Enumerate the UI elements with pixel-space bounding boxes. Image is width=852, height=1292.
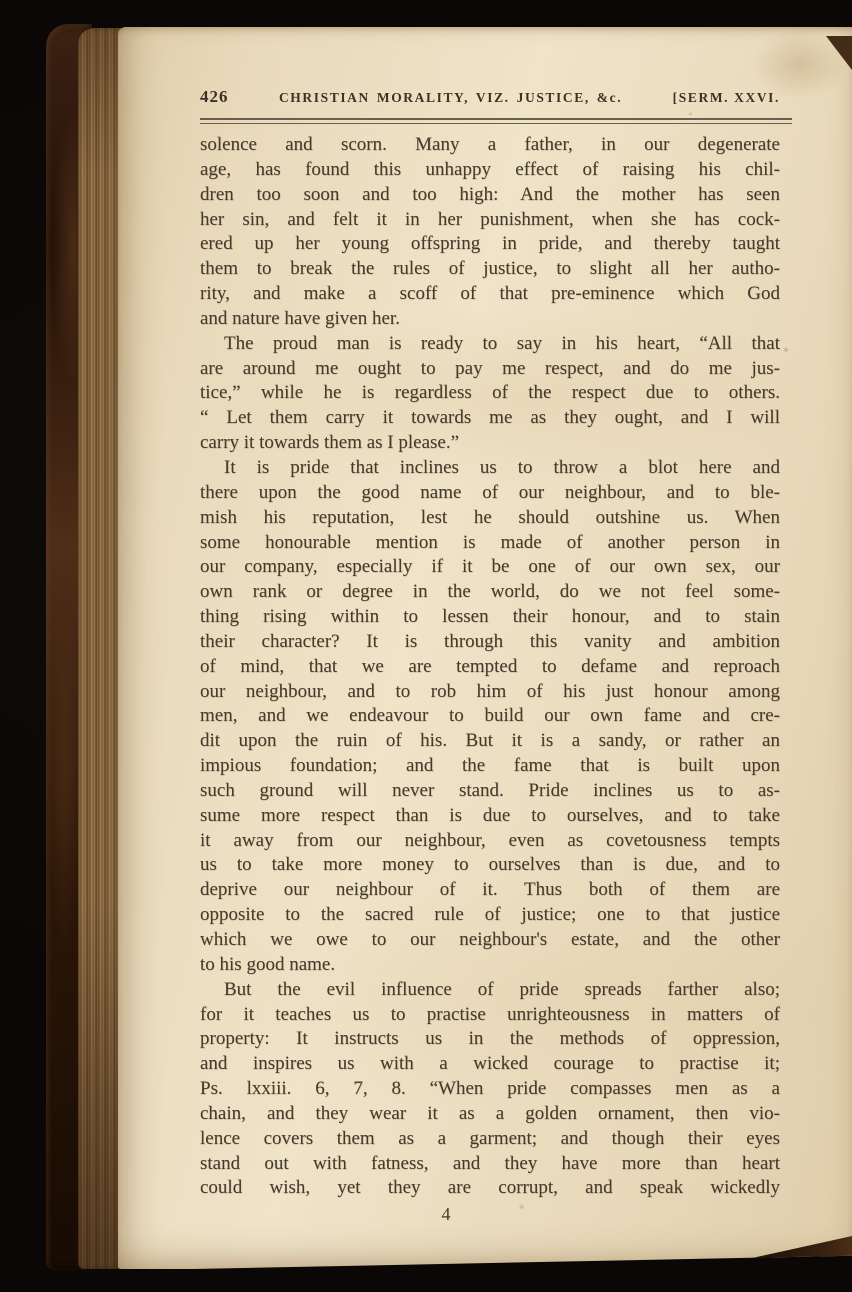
text-line: rity, and make a scoff of that pre-emine… [200,282,780,307]
text-line: mish his reputation, lest he should outs… [200,506,780,531]
text-line: it away from our neighbour, even as cove… [200,829,780,854]
text-line: carry it towards them as I please.” [200,431,780,456]
text-line: lence covers them as a garment; and thou… [200,1127,780,1152]
text-line: stand out with fatness, and they have mo… [200,1152,780,1177]
page-number: 426 [200,87,229,107]
text-line: tice,” while he is regardless of the res… [200,381,780,406]
text-line: impious foundation; and the fame that is… [200,754,780,779]
text-line: dren too soon and too high: And the moth… [200,183,780,208]
paragraph: It is pride that inclines us to throw a … [200,456,780,978]
text-line: own rank or degree in the world, do we n… [200,580,780,605]
text-line: and nature have given her. [200,307,780,332]
paragraph: The proud man is ready to say in his hea… [200,332,780,456]
text-line: of mind, that we are tempted to defame a… [200,655,780,680]
text-line: our neighbour, and to rob him of his jus… [200,680,780,705]
text-line: opposite to the sacred rule of justice; … [200,903,780,928]
text-line: our company, especially if it be one of … [200,555,780,580]
text-line: there upon the good name of our neighbou… [200,481,780,506]
text-line: But the evil influence of pride spreads … [200,978,780,1003]
text-line: and inspires us with a wicked courage to… [200,1052,780,1077]
text-line: It is pride that inclines us to throw a … [200,456,780,481]
paragraph: solence and scorn. Many a father, in our… [200,133,780,332]
running-header: 426 CHRISTIAN MORALITY, VIZ. JUSTICE, &c… [200,87,780,111]
text-line: chain, and they wear it as a golden orna… [200,1102,780,1127]
text-line: to his good name. [200,953,780,978]
double-rule [200,118,792,124]
page-text-block: 426 CHRISTIAN MORALITY, VIZ. JUSTICE, &c… [200,87,780,1225]
text-line: The proud man is ready to say in his hea… [200,332,780,357]
text-line: property: It instructs us in the methods… [200,1027,780,1052]
text-line: for it teaches us to practise unrighteou… [200,1003,780,1028]
text-line: her sin, and felt it in her punishment, … [200,208,780,233]
text-line: them to break the rules of justice, to s… [200,257,780,282]
text-line: deprive our neighbour of it. Thus both o… [200,878,780,903]
text-line: ered up her young offspring in pride, an… [200,232,780,257]
book-page: 426 CHRISTIAN MORALITY, VIZ. JUSTICE, &c… [118,27,852,1269]
signature-mark: 4 [156,1204,736,1225]
text-line: some honourable mention is made of anoth… [200,531,780,556]
text-line: sume more respect than is due to ourselv… [200,804,780,829]
text-line: men, and we endeavour to build our own f… [200,704,780,729]
book: 426 CHRISTIAN MORALITY, VIZ. JUSTICE, &c… [46,22,852,1272]
text-line: their character? It is through this vani… [200,630,780,655]
running-title: CHRISTIAN MORALITY, VIZ. JUSTICE, &c. [279,90,622,106]
photo-backdrop: 426 CHRISTIAN MORALITY, VIZ. JUSTICE, &c… [0,0,852,1292]
text-line: “ Let them carry it towards me as they o… [200,406,780,431]
paragraph: But the evil influence of pride spreads … [200,978,780,1202]
text-line: thing rising within to lessen their hono… [200,605,780,630]
text-line: Ps. lxxiii. 6, 7, 8. “When pride compass… [200,1077,780,1102]
text-line: which we owe to our neighbour's estate, … [200,928,780,953]
text-line: dit upon the ruin of his. But it is a sa… [200,729,780,754]
text-line: such ground will never stand. Pride incl… [200,779,780,804]
text-line: us to take more money to ourselves than … [200,853,780,878]
text-line: could wish, yet they are corrupt, and sp… [200,1176,780,1201]
body-text: solence and scorn. Many a father, in our… [200,133,780,1201]
text-line: solence and scorn. Many a father, in our… [200,133,780,158]
sermon-reference: [SERM. XXVI. [673,90,780,106]
text-line: age, has found this unhappy effect of ra… [200,158,780,183]
text-line: are around me ought to pay me respect, a… [200,357,780,382]
